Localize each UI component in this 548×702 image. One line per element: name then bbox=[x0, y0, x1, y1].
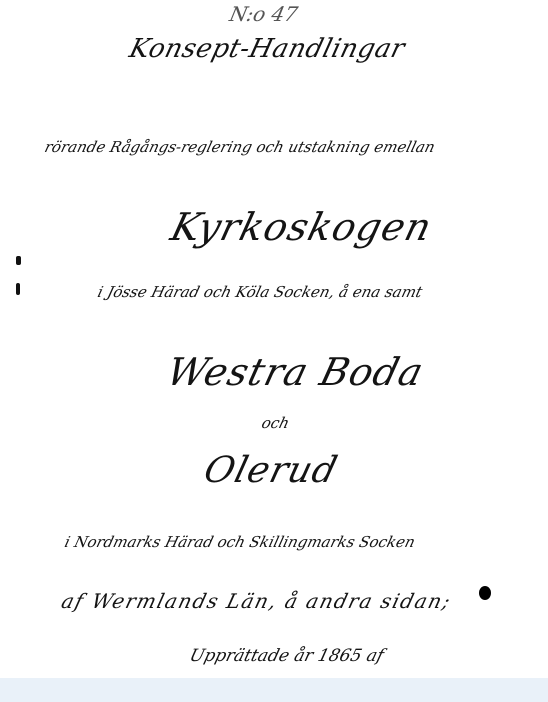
ink-blot bbox=[479, 586, 491, 600]
margin-mark bbox=[16, 283, 20, 295]
text-line-1: rörande Rågångs-reglering och utstakning… bbox=[43, 138, 437, 156]
document-page: N:o 47 Konsept-Handlingar rörande Rågång… bbox=[0, 0, 548, 680]
text-line-8: af Wermlands Län, å andra sidan; bbox=[59, 589, 454, 613]
text-line-och: och bbox=[260, 414, 292, 432]
margin-mark bbox=[16, 256, 21, 265]
text-line-9: Upprättade år 1865 af bbox=[188, 646, 386, 666]
text-line-7: i Nordmarks Härad och Skillingmarks Sock… bbox=[63, 533, 417, 551]
place-name-olerud: Olerud bbox=[200, 450, 342, 491]
place-name-westra-boda: Westra Boda bbox=[163, 350, 429, 394]
archive-number: N:o 47 bbox=[227, 2, 299, 26]
text-line-3: i Jösse Härad och Köla Socken, å ena sam… bbox=[96, 283, 425, 301]
document-title: Konsept-Handlingar bbox=[126, 34, 408, 64]
viewer-bottom-bar bbox=[0, 678, 548, 702]
place-name-kyrkoskogen: Kyrkoskogen bbox=[167, 205, 437, 249]
